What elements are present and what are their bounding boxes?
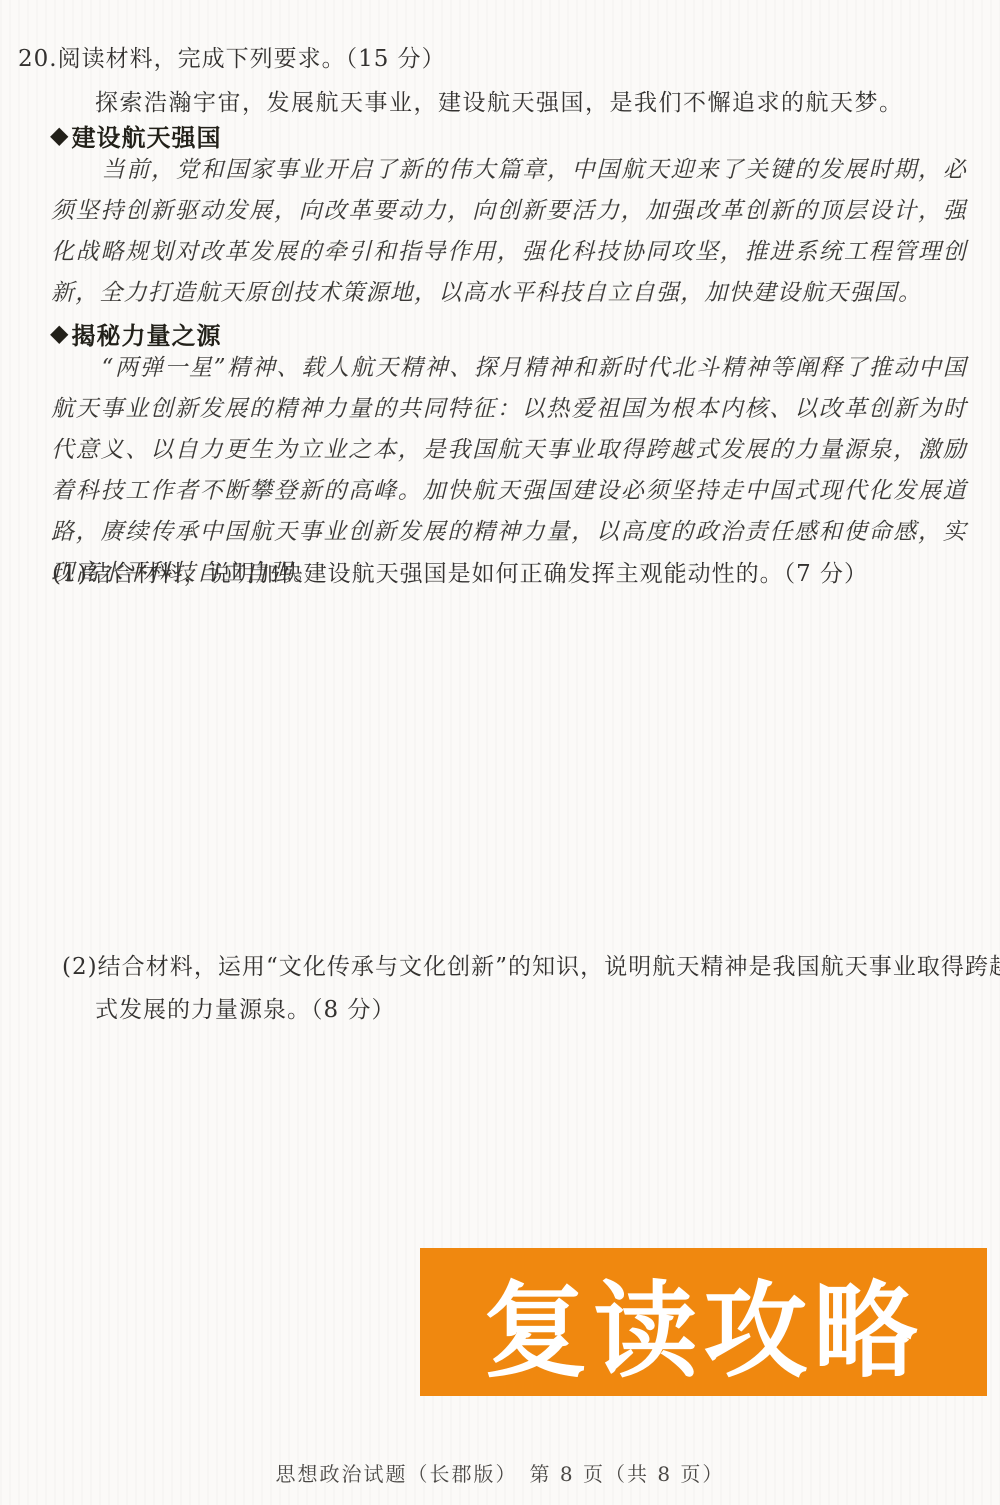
diamond-bullet-icon: ◆ (50, 121, 69, 150)
exam-page: 20.阅读材料，完成下列要求。（15 分） 探索浩瀚宇宙，发展航天事业，建设航天… (0, 0, 1000, 1505)
section-header-power-source: ◆ 揭秘力量之源 (50, 316, 450, 351)
section-paragraph-space-power: 当前，党和国家事业开启了新的伟大篇章，中国航天迎来了关键的发展时期，必须坚持创新… (51, 150, 967, 314)
banner-text: 复读攻略 (483, 1247, 923, 1397)
question-20-header: 20.阅读材料，完成下列要求。（15 分） (18, 40, 978, 73)
repeat-banner: 复读攻略 (420, 1248, 987, 1396)
sub-question-1: (1)结合材料，说明加快建设航天强国是如何正确发挥主观能动性的。（7 分） (52, 558, 972, 590)
section-title: 建设航天强国 (71, 118, 221, 153)
intro-paragraph: 探索浩瀚宇宙，发展航天事业，建设航天强国，是我们不懈追求的航天梦。 (95, 84, 975, 117)
section-header-space-power: ◆ 建设航天强国 (50, 118, 450, 153)
page-footer: 思想政治试题（长郡版） 第 8 页（共 8 页） (0, 1458, 1000, 1487)
diamond-bullet-icon: ◆ (50, 319, 69, 348)
section-title: 揭秘力量之源 (71, 316, 221, 351)
sub-question-2: (2)结合材料，运用“文化传承与文化创新”的知识，说明航天精神是我国航天事业取得… (62, 946, 1000, 1032)
